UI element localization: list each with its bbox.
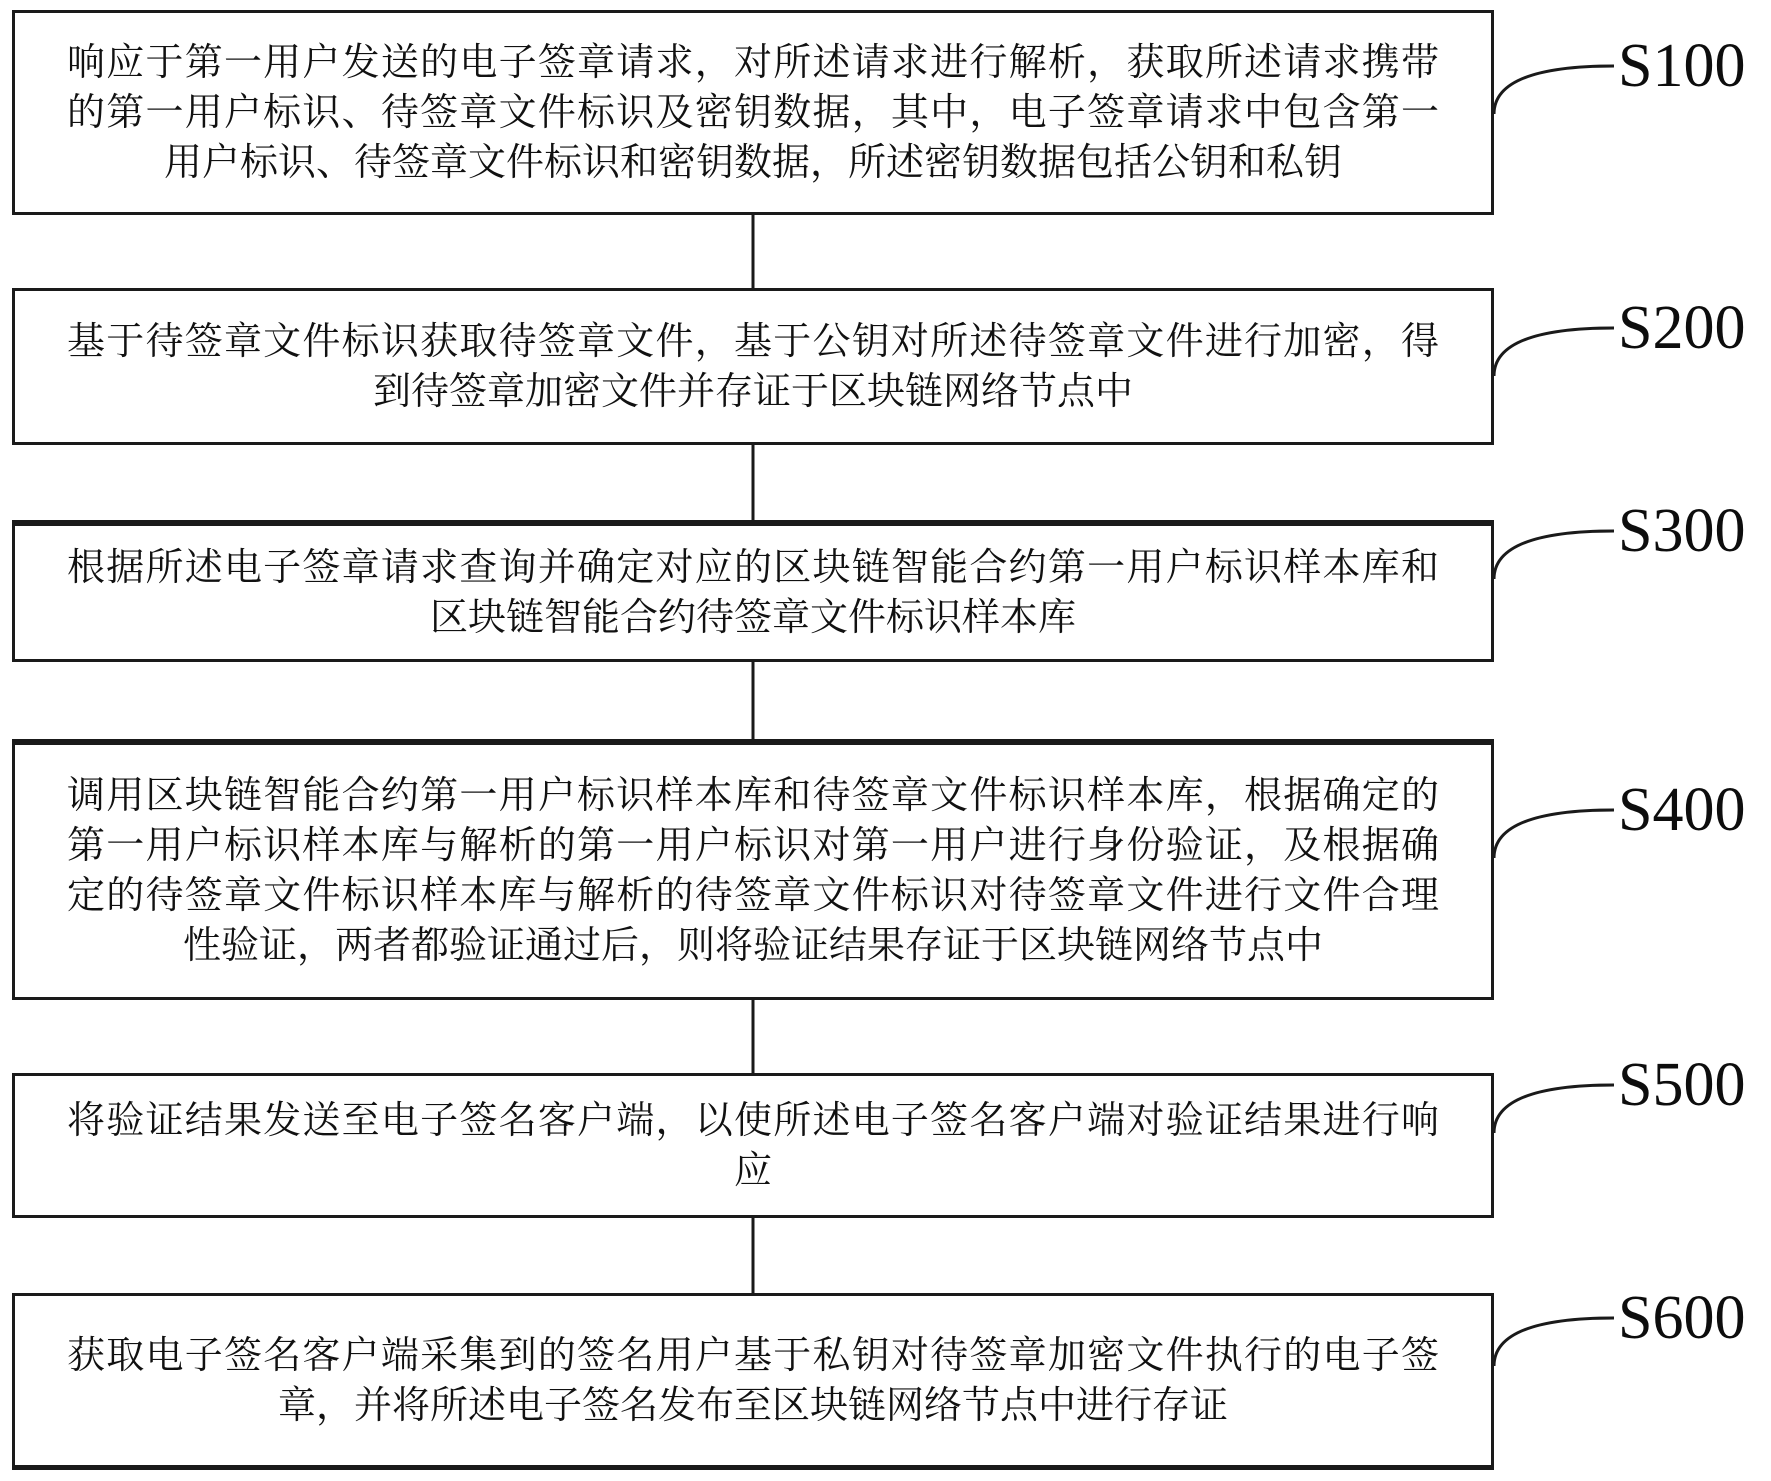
step-box-s400: 调用区块链智能合约第一用户标识样本库和待签章文件标识样本库，根据确定的 第一用户… [12, 739, 1494, 1000]
step-label-s100: S100 [1618, 32, 1768, 100]
step-text-line: 基于待签章文件标识获取待签章文件，基于公钥对所述待签章文件进行加密，得 [67, 317, 1439, 367]
step-label-s200: S200 [1618, 294, 1768, 362]
step-text-line: 章，并将所述电子签名发布至区块链网络节点中进行存证 [67, 1381, 1439, 1431]
leader-line-s300 [1494, 531, 1614, 579]
leader-line-s400 [1494, 810, 1614, 858]
step-text-line: 第一用户标识样本库与解析的第一用户标识对第一用户进行身份验证，及根据确 [67, 821, 1439, 871]
step-box-s100: 响应于第一用户发送的电子签章请求，对所述请求进行解析，获取所述请求携带 的第一用… [12, 10, 1494, 215]
step-label-s600: S600 [1618, 1284, 1768, 1352]
step-text-line: 性验证，两者都验证通过后，则将验证结果存证于区块链网络节点中 [67, 921, 1439, 971]
step-text-line: 应 [67, 1146, 1439, 1196]
step-text-line: 定的待签章文件标识样本库与解析的待签章文件标识对待签章文件进行文件合理 [67, 871, 1439, 921]
leader-line-s200 [1494, 328, 1614, 376]
step-text-line: 的第一用户标识、待签章文件标识及密钥数据，其中，电子签章请求中包含第一 [67, 88, 1439, 138]
step-text-line: 获取电子签名客户端采集到的签名用户基于私钥对待签章加密文件执行的电子签 [67, 1331, 1439, 1381]
step-box-s600: 获取电子签名客户端采集到的签名用户基于私钥对待签章加密文件执行的电子签 章，并将… [12, 1293, 1494, 1470]
step-box-s500: 将验证结果发送至电子签名客户端，以使所述电子签名客户端对验证结果进行响 应 [12, 1073, 1494, 1218]
leader-line-s600 [1494, 1318, 1614, 1366]
leader-line-s500 [1494, 1085, 1614, 1133]
step-box-s300: 根据所述电子签章请求查询并确定对应的区块链智能合约第一用户标识样本库和 区块链智… [12, 520, 1494, 662]
step-text-line: 将验证结果发送至电子签名客户端，以使所述电子签名客户端对验证结果进行响 [67, 1096, 1439, 1146]
flowchart-figure: 响应于第一用户发送的电子签章请求，对所述请求进行解析，获取所述请求携带 的第一用… [0, 0, 1771, 1481]
step-box-s200: 基于待签章文件标识获取待签章文件，基于公钥对所述待签章文件进行加密，得 到待签章… [12, 288, 1494, 445]
step-text-line: 用户标识、待签章文件标识和密钥数据，所述密钥数据包括公钥和私钥 [67, 138, 1439, 188]
step-label-s500: S500 [1618, 1051, 1768, 1119]
leader-line-s100 [1494, 66, 1614, 114]
step-text-line: 到待签章加密文件并存证于区块链网络节点中 [67, 367, 1439, 417]
step-text-line: 区块链智能合约待签章文件标识样本库 [67, 593, 1439, 643]
step-label-s300: S300 [1618, 497, 1768, 565]
step-text-line: 调用区块链智能合约第一用户标识样本库和待签章文件标识样本库，根据确定的 [67, 771, 1439, 821]
step-label-s400: S400 [1618, 776, 1768, 844]
step-text-line: 响应于第一用户发送的电子签章请求，对所述请求进行解析，获取所述请求携带 [67, 38, 1439, 88]
step-text-line: 根据所述电子签章请求查询并确定对应的区块链智能合约第一用户标识样本库和 [67, 543, 1439, 593]
